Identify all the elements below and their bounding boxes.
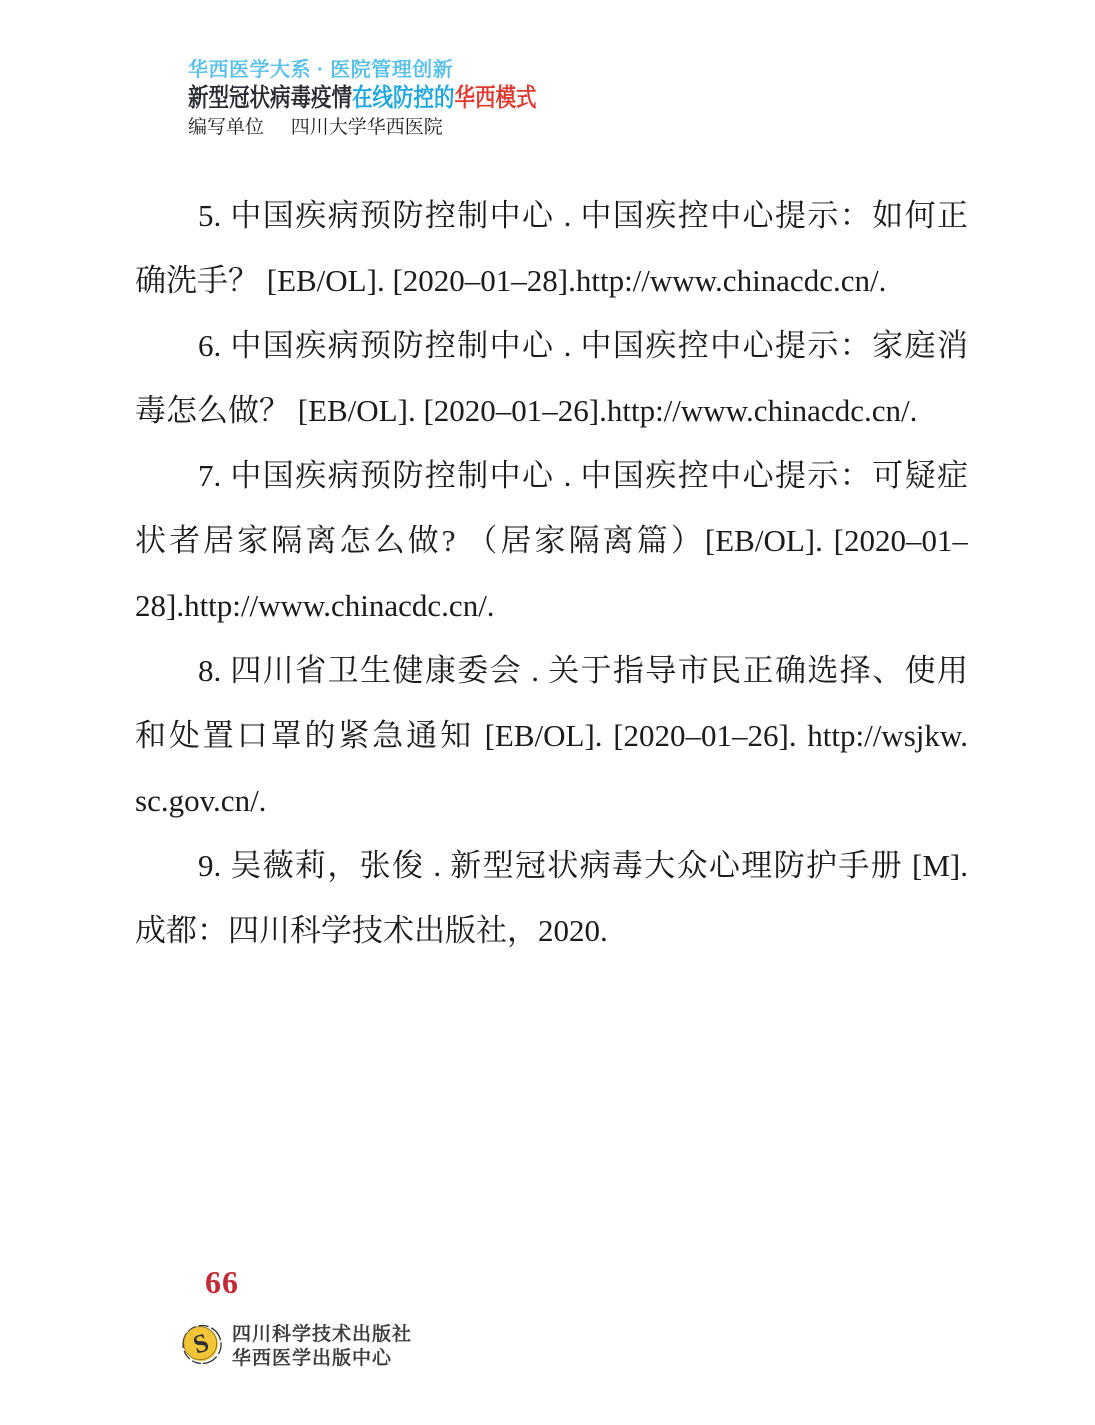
- publisher-block: S 四川科学技术出版社 华西医学出版中心: [179, 1320, 412, 1373]
- publisher-line-1: 四川科学技术出版社: [232, 1323, 412, 1347]
- publisher-logo-icon: S: [179, 1320, 225, 1373]
- book-page: 华西医学大系 · 医院管理创新 新型冠状病毒疫情在线防控的华西模式 编写单位 四…: [0, 0, 1095, 1425]
- book-title: 新型冠状病毒疫情在线防控的华西模式: [188, 84, 537, 112]
- reference-8-line-3: sc.gov.cn/.: [135, 768, 968, 833]
- page-number: 66: [205, 1262, 239, 1302]
- reference-7-line-1: 7. 中国疾病预防控制中心 . 中国疾控中心提示：可疑症: [135, 443, 968, 508]
- byline: 编写单位 四川大学华西医院: [188, 117, 613, 139]
- publisher-name: 四川科学技术出版社 华西医学出版中心: [232, 1323, 412, 1371]
- book-title-part-blue: 在线防控的: [352, 84, 455, 112]
- reference-8-line-2: 和处置口罩的紧急通知 [EB/OL]. [2020–01–26]. http:/…: [135, 703, 968, 768]
- running-head: 华西医学大系 · 医院管理创新 新型冠状病毒疫情在线防控的华西模式 编写单位 四…: [188, 58, 613, 139]
- series-title: 华西医学大系 · 医院管理创新: [188, 58, 613, 82]
- reference-9-line-1: 9. 吴薇莉，张俊 . 新型冠状病毒大众心理防护手册 [M].: [135, 833, 968, 898]
- book-title-part-red: 华西模式: [455, 84, 537, 112]
- reference-7-line-2: 状者居家隔离怎么做? （居家隔离篇）[EB/OL]. [2020–01–: [135, 508, 968, 573]
- reference-9-line-2: 成都：四川科学技术出版社，2020.: [135, 898, 968, 963]
- reference-5-line-2: 确洗手？ [EB/OL]. [2020–01–28].http://www.ch…: [135, 248, 968, 313]
- byline-label: 编写单位: [188, 117, 264, 138]
- reference-7-line-3: 28].http://www.chinacdc.cn/.: [135, 573, 968, 638]
- reference-6-line-2: 毒怎么做？ [EB/OL]. [2020–01–26].http://www.c…: [135, 378, 968, 443]
- publisher-line-2: 华西医学出版中心: [232, 1347, 412, 1371]
- reference-5-line-1: 5. 中国疾病预防控制中心 . 中国疾控中心提示：如何正: [135, 183, 968, 248]
- reference-8-line-1: 8. 四川省卫生健康委会 . 关于指导市民正确选择、使用: [135, 638, 968, 703]
- reference-6-line-1: 6. 中国疾病预防控制中心 . 中国疾控中心提示：家庭消: [135, 313, 968, 378]
- reference-list: 5. 中国疾病预防控制中心 . 中国疾控中心提示：如何正 确洗手？ [EB/OL…: [135, 183, 968, 963]
- byline-value: 四川大学华西医院: [291, 117, 443, 138]
- book-title-part-dark: 新型冠状病毒疫情: [188, 84, 352, 112]
